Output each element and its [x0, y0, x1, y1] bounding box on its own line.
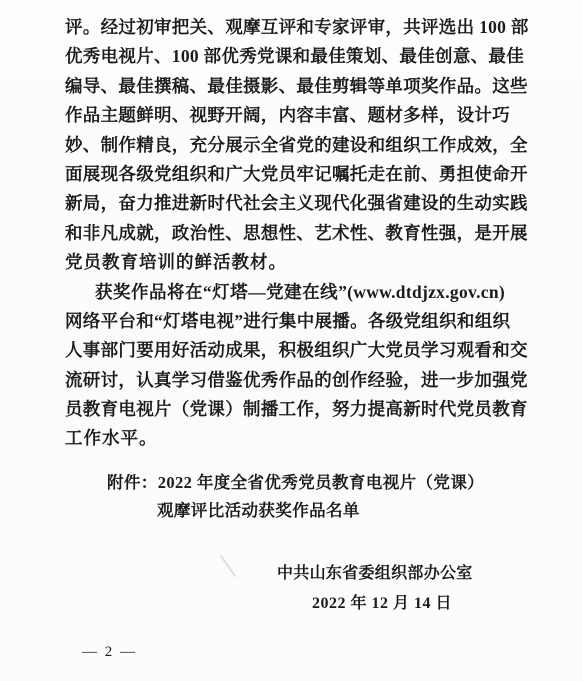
paragraph1-line: 评。经过初审把关、观摩互评和专家评审，共评选出 100 部 — [65, 13, 505, 42]
attachment-reference: 附件：2022 年度全省优秀党员教育电视片（党课） 观摩评比活动获奖作品名单 — [107, 469, 484, 525]
paragraph1-line: 新局，奋力推进新时代社会主义现代化强省建设的生动实践 — [65, 189, 505, 218]
paragraph1-line: 和非凡成就，政治性、思想性、艺术性、教育性强，是开展 — [65, 219, 505, 248]
paragraph2-line: 获奖作品将在“灯塔—党建在线”(www.dtdjzx.gov.cn) — [65, 278, 505, 307]
paragraph-2: 获奖作品将在“灯塔—党建在线”(www.dtdjzx.gov.cn) 网络平台和… — [65, 278, 505, 454]
paragraph1-line: 优秀电视片、100 部优秀党课和最佳策划、最佳创意、最佳 — [65, 42, 505, 71]
paragraph1-line: 面展现各级党组织和广大党员牢记嘱托走在前、勇担使命开 — [65, 160, 505, 189]
signature-organization: 中共山东省委组织部办公室 — [277, 560, 473, 583]
paragraph1-line: 作品主题鲜明、视野开阔，内容丰富、题材多样，设计巧 — [65, 101, 505, 130]
page-number: — 2 — — [82, 644, 137, 661]
paragraph2-line: 流研讨，认真学习借鉴优秀作品的创作经验，进一步加强党 — [65, 366, 505, 395]
paragraph2-line: 人事部门要用好活动成果，积极组织广大党员学习观看和交 — [65, 336, 505, 365]
paragraph1-line: 妙、制作精良，充分展示全省党的建设和组织工作成效，全 — [65, 131, 505, 160]
scan-smudge-artifact — [220, 555, 237, 577]
signature-date: 2022 年 12 月 14 日 — [312, 590, 452, 613]
attachment-line-1: 附件：2022 年度全省优秀党员教育电视片（党课） — [107, 469, 484, 497]
paragraph2-line: 网络平台和“灯塔电视”进行集中展播。各级党组织和组织 — [65, 307, 505, 336]
paragraph2-line: 员教育电视片（党课）制播工作，努力提高新时代党员教育 — [65, 395, 505, 424]
attachment-line-2: 观摩评比活动获奖作品名单 — [107, 497, 484, 525]
body-text-block: 评。经过初审把关、观摩互评和专家评审，共评选出 100 部 优秀电视片、100 … — [65, 13, 505, 454]
document-page: 评。经过初审把关、观摩互评和专家评审，共评选出 100 部 优秀电视片、100 … — [0, 0, 582, 681]
paragraph1-line: 编导、最佳撰稿、最佳摄影、最佳剪辑等单项奖作品。这些 — [65, 72, 505, 101]
paragraph-1: 评。经过初审把关、观摩互评和专家评审，共评选出 100 部 优秀电视片、100 … — [65, 13, 505, 278]
paragraph2-line: 工作水平。 — [65, 424, 505, 453]
paragraph1-line: 党员教育培训的鲜活教材。 — [65, 248, 505, 277]
